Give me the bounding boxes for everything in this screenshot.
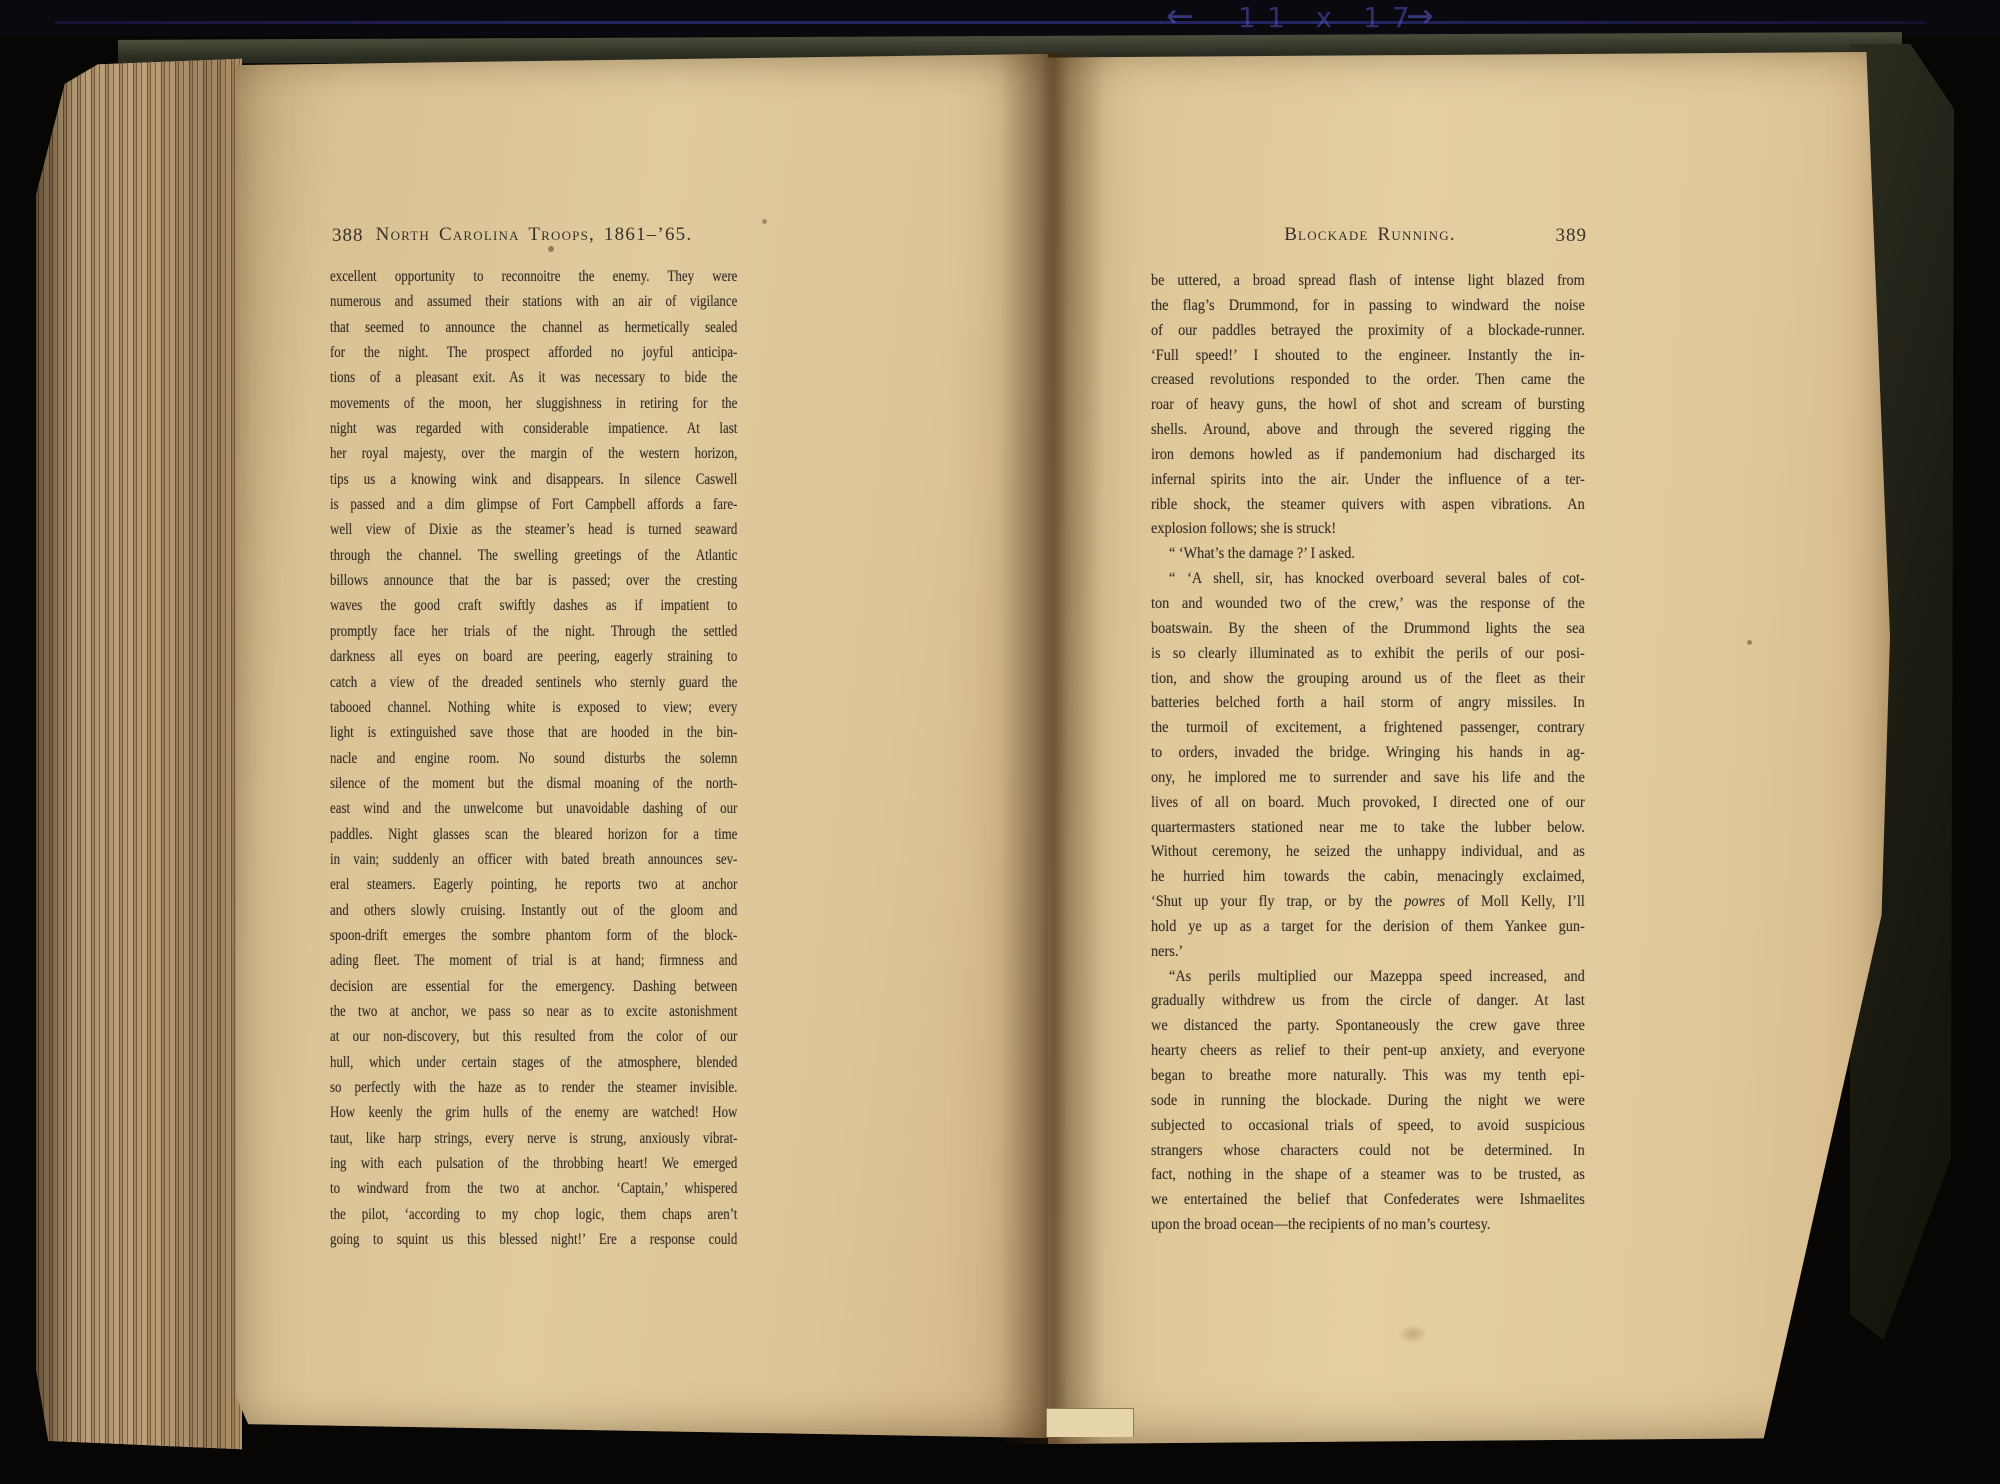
text-line: roar of heavy guns, the howl of shot and… bbox=[1151, 393, 1585, 418]
text-line: subjected to occasional trials of speed,… bbox=[1151, 1114, 1585, 1139]
text-line: darkness all eyes on board are peering, … bbox=[330, 644, 737, 669]
text-line: numerous and assumed their stations with… bbox=[330, 289, 737, 314]
text-line: the two at anchor, we pass so near as to… bbox=[330, 999, 737, 1024]
text-line: Without ceremony, he seized the unhappy … bbox=[1151, 840, 1585, 865]
text-line: well view of Dixie as the steamer’s head… bbox=[330, 517, 737, 542]
page-stain bbox=[1398, 1324, 1428, 1344]
text-line: infernal spirits into the air. Under the… bbox=[1151, 468, 1585, 493]
text-line: creased revolutions responded to the ord… bbox=[1151, 368, 1585, 393]
text-line: to orders, invaded the bridge. Wringing … bbox=[1151, 741, 1585, 766]
text-line: ‘Shut up your fly trap, or by the powres… bbox=[1151, 890, 1585, 915]
text-line: is passed and a dim glimpse of Fort Camp… bbox=[330, 492, 737, 517]
text-line: be uttered, a broad spread flash of inte… bbox=[1151, 269, 1585, 294]
text-line: hearty cheers as relief to their pent-up… bbox=[1151, 1039, 1585, 1064]
text-line: at our non-discovery, but this resulted … bbox=[330, 1024, 737, 1049]
page-speck bbox=[1747, 640, 1752, 645]
text-line: fact, nothing in the shape of a steamer … bbox=[1151, 1163, 1585, 1188]
text-line: east wind and the unwelcome but unavoida… bbox=[330, 796, 737, 821]
text-line: the turmoil of excitement, a frightened … bbox=[1151, 716, 1585, 741]
left-running-title: North Carolina Troops, 1861–’65. bbox=[330, 224, 738, 246]
text-line: quartermasters stationed near me to take… bbox=[1151, 816, 1585, 841]
text-line: began to breathe more naturally. This wa… bbox=[1151, 1064, 1585, 1089]
text-line: catch a view of the dreaded sentinels wh… bbox=[330, 670, 737, 695]
paper-tab bbox=[1046, 1408, 1134, 1437]
text-line: billows announce that the bar is passed;… bbox=[330, 568, 737, 593]
text-line: of our paddles betrayed the proximity of… bbox=[1151, 319, 1585, 344]
text-line: promptly face her trials of the night. T… bbox=[330, 619, 737, 644]
text-line: “As perils multiplied our Mazeppa speed … bbox=[1151, 965, 1585, 990]
text-line: we distanced the party. Spontaneously th… bbox=[1151, 1014, 1585, 1039]
right-running-title: Blockade Running. bbox=[1151, 224, 1589, 246]
text-line: taut, like harp strings, every nerve is … bbox=[330, 1126, 737, 1151]
right-page-header: Blockade Running. 389 bbox=[1151, 224, 1589, 254]
text-line: eral steamers. Eagerly pointing, he repo… bbox=[330, 872, 737, 897]
text-line: sode in running the blockade. During the… bbox=[1151, 1089, 1585, 1114]
left-page-text: excellent opportunity to reconnoitre the… bbox=[330, 264, 737, 1252]
text-line: spoon-drift emerges the sombre phantom f… bbox=[330, 923, 737, 948]
text-line: shells. Around, above and through the se… bbox=[1151, 418, 1585, 443]
text-line: boatswain. By the sheen of the Drummond … bbox=[1151, 617, 1585, 642]
book-gutter-shadow bbox=[1000, 52, 1104, 1444]
text-line: going to squint us this blessed night!’ … bbox=[330, 1227, 737, 1252]
text-line: tabooed channel. Nothing white is expose… bbox=[330, 695, 737, 720]
text-line: “ ‘What’s the damage ?’ I asked. bbox=[1151, 542, 1585, 567]
text-line: to windward from the two at anchor. ‘Cap… bbox=[330, 1176, 737, 1201]
text-line: so perfectly with the haze as to render … bbox=[330, 1075, 737, 1100]
text-line: decision are essential for the emergency… bbox=[330, 974, 737, 999]
text-line: silence of the moment but the dismal moa… bbox=[330, 771, 737, 796]
text-line: ony, he implored me to surrender and sav… bbox=[1151, 766, 1585, 791]
open-book: 388 North Carolina Troops, 1861–’65. Blo… bbox=[0, 0, 2000, 1484]
text-line: ading fleet. The moment of trial is at h… bbox=[330, 948, 737, 973]
text-line: the pilot, ‘according to my chop logic, … bbox=[330, 1202, 737, 1227]
text-line: light is extinguished save those that ar… bbox=[330, 720, 737, 745]
text-line: nacle and engine room. No sound disturbs… bbox=[330, 746, 737, 771]
text-line: and others slowly cruising. Instantly ou… bbox=[330, 898, 737, 923]
text-line: is so clearly illuminated as to exhibit … bbox=[1151, 642, 1585, 667]
text-line: we entertained the belief that Confedera… bbox=[1151, 1188, 1585, 1213]
page-speck bbox=[762, 219, 767, 224]
text-line: hold ye up as a target for the derision … bbox=[1151, 915, 1585, 940]
text-line: paddles. Night glasses scan the bleared … bbox=[330, 822, 737, 847]
right-page-number: 389 bbox=[1556, 225, 1588, 247]
text-line: tips us a knowing wink and disappears. I… bbox=[330, 467, 737, 492]
text-line: waves the good craft swiftly dashes as i… bbox=[330, 593, 737, 618]
text-line: through the channel. The swelling greeti… bbox=[330, 543, 737, 568]
text-line: batteries belched forth a hail storm of … bbox=[1151, 691, 1585, 716]
text-line: that seemed to announce the channel as h… bbox=[330, 315, 737, 340]
text-line: “ ‘A shell, sir, has knocked overboard s… bbox=[1151, 567, 1585, 592]
left-page-edges-fan bbox=[36, 56, 242, 1452]
text-line: excellent opportunity to reconnoitre the… bbox=[330, 264, 737, 289]
text-line: rible shock, the steamer quivers with as… bbox=[1151, 493, 1585, 518]
text-line: he hurried him towards the cabin, menaci… bbox=[1151, 865, 1585, 890]
text-line: tions of a pleasant exit. As it was nece… bbox=[330, 365, 737, 390]
text-line: explosion follows; she is struck! bbox=[1151, 517, 1585, 542]
text-line: movements of the moon, her sluggishness … bbox=[330, 391, 737, 416]
text-line: her royal majesty, over the margin of th… bbox=[330, 441, 737, 466]
text-line: ing with each pulsation of the throbbing… bbox=[330, 1151, 737, 1176]
text-line: ‘Full speed!’ I shouted to the engineer.… bbox=[1151, 344, 1585, 369]
text-line: the flag’s Drummond, for in passing to w… bbox=[1151, 294, 1585, 319]
text-line: strangers whose characters could not be … bbox=[1151, 1139, 1585, 1164]
text-line: iron demons howled as if pandemonium had… bbox=[1151, 443, 1585, 468]
left-page-header: 388 North Carolina Troops, 1861–’65. bbox=[330, 224, 738, 254]
right-page-text: be uttered, a broad spread flash of inte… bbox=[1151, 269, 1585, 1238]
text-line: ton and wounded two of the crew,’ was th… bbox=[1151, 592, 1585, 617]
text-line: gradually withdrew us from the circle of… bbox=[1151, 989, 1585, 1014]
text-line: ners.’ bbox=[1151, 940, 1585, 965]
text-line: upon the broad ocean—the recipients of n… bbox=[1151, 1213, 1585, 1238]
text-line: How keenly the grim hulls of the enemy a… bbox=[330, 1100, 737, 1125]
text-line: night was regarded with considerable imp… bbox=[330, 416, 737, 441]
text-line: hull, which under certain stages of the … bbox=[330, 1050, 737, 1075]
text-line: lives of all on board. Much provoked, I … bbox=[1151, 791, 1585, 816]
text-line: in vain; suddenly an officer with bated … bbox=[330, 847, 737, 872]
text-line: for the night. The prospect afforded no … bbox=[330, 340, 737, 365]
text-line: tion, and show the grouping around us of… bbox=[1151, 667, 1585, 692]
